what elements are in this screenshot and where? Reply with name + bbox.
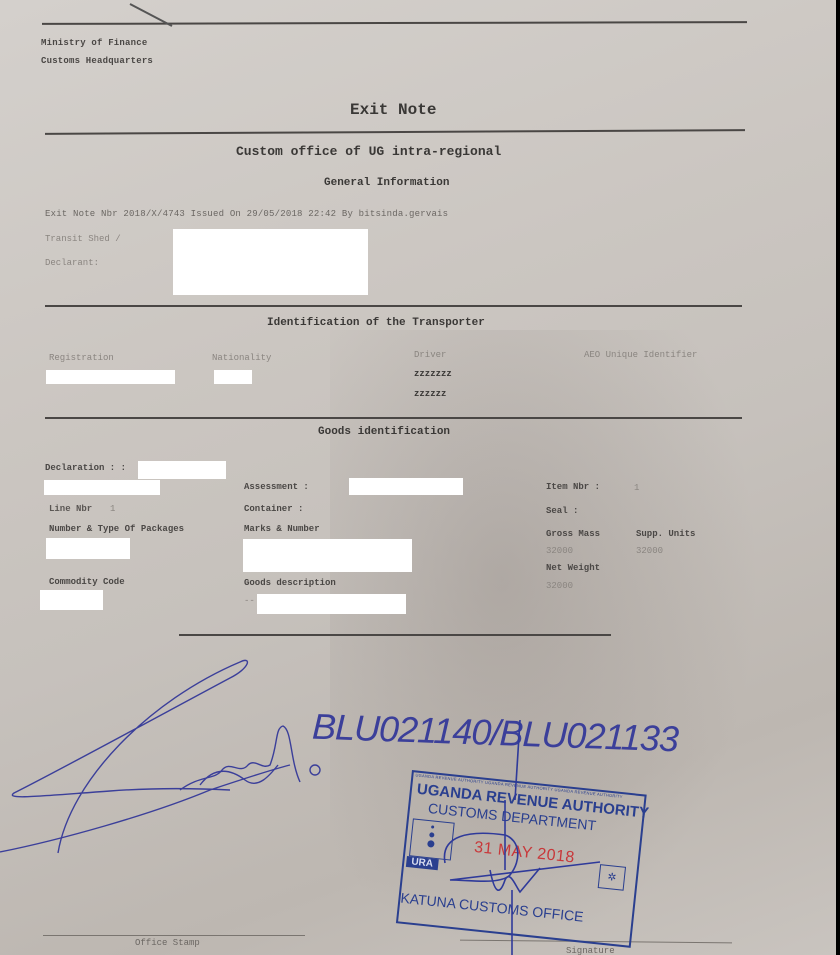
stamp-signature bbox=[444, 720, 600, 955]
stamp-signature-layer bbox=[0, 0, 836, 955]
exit-note-document: Ministry of Finance Customs Headquarters… bbox=[0, 0, 836, 955]
